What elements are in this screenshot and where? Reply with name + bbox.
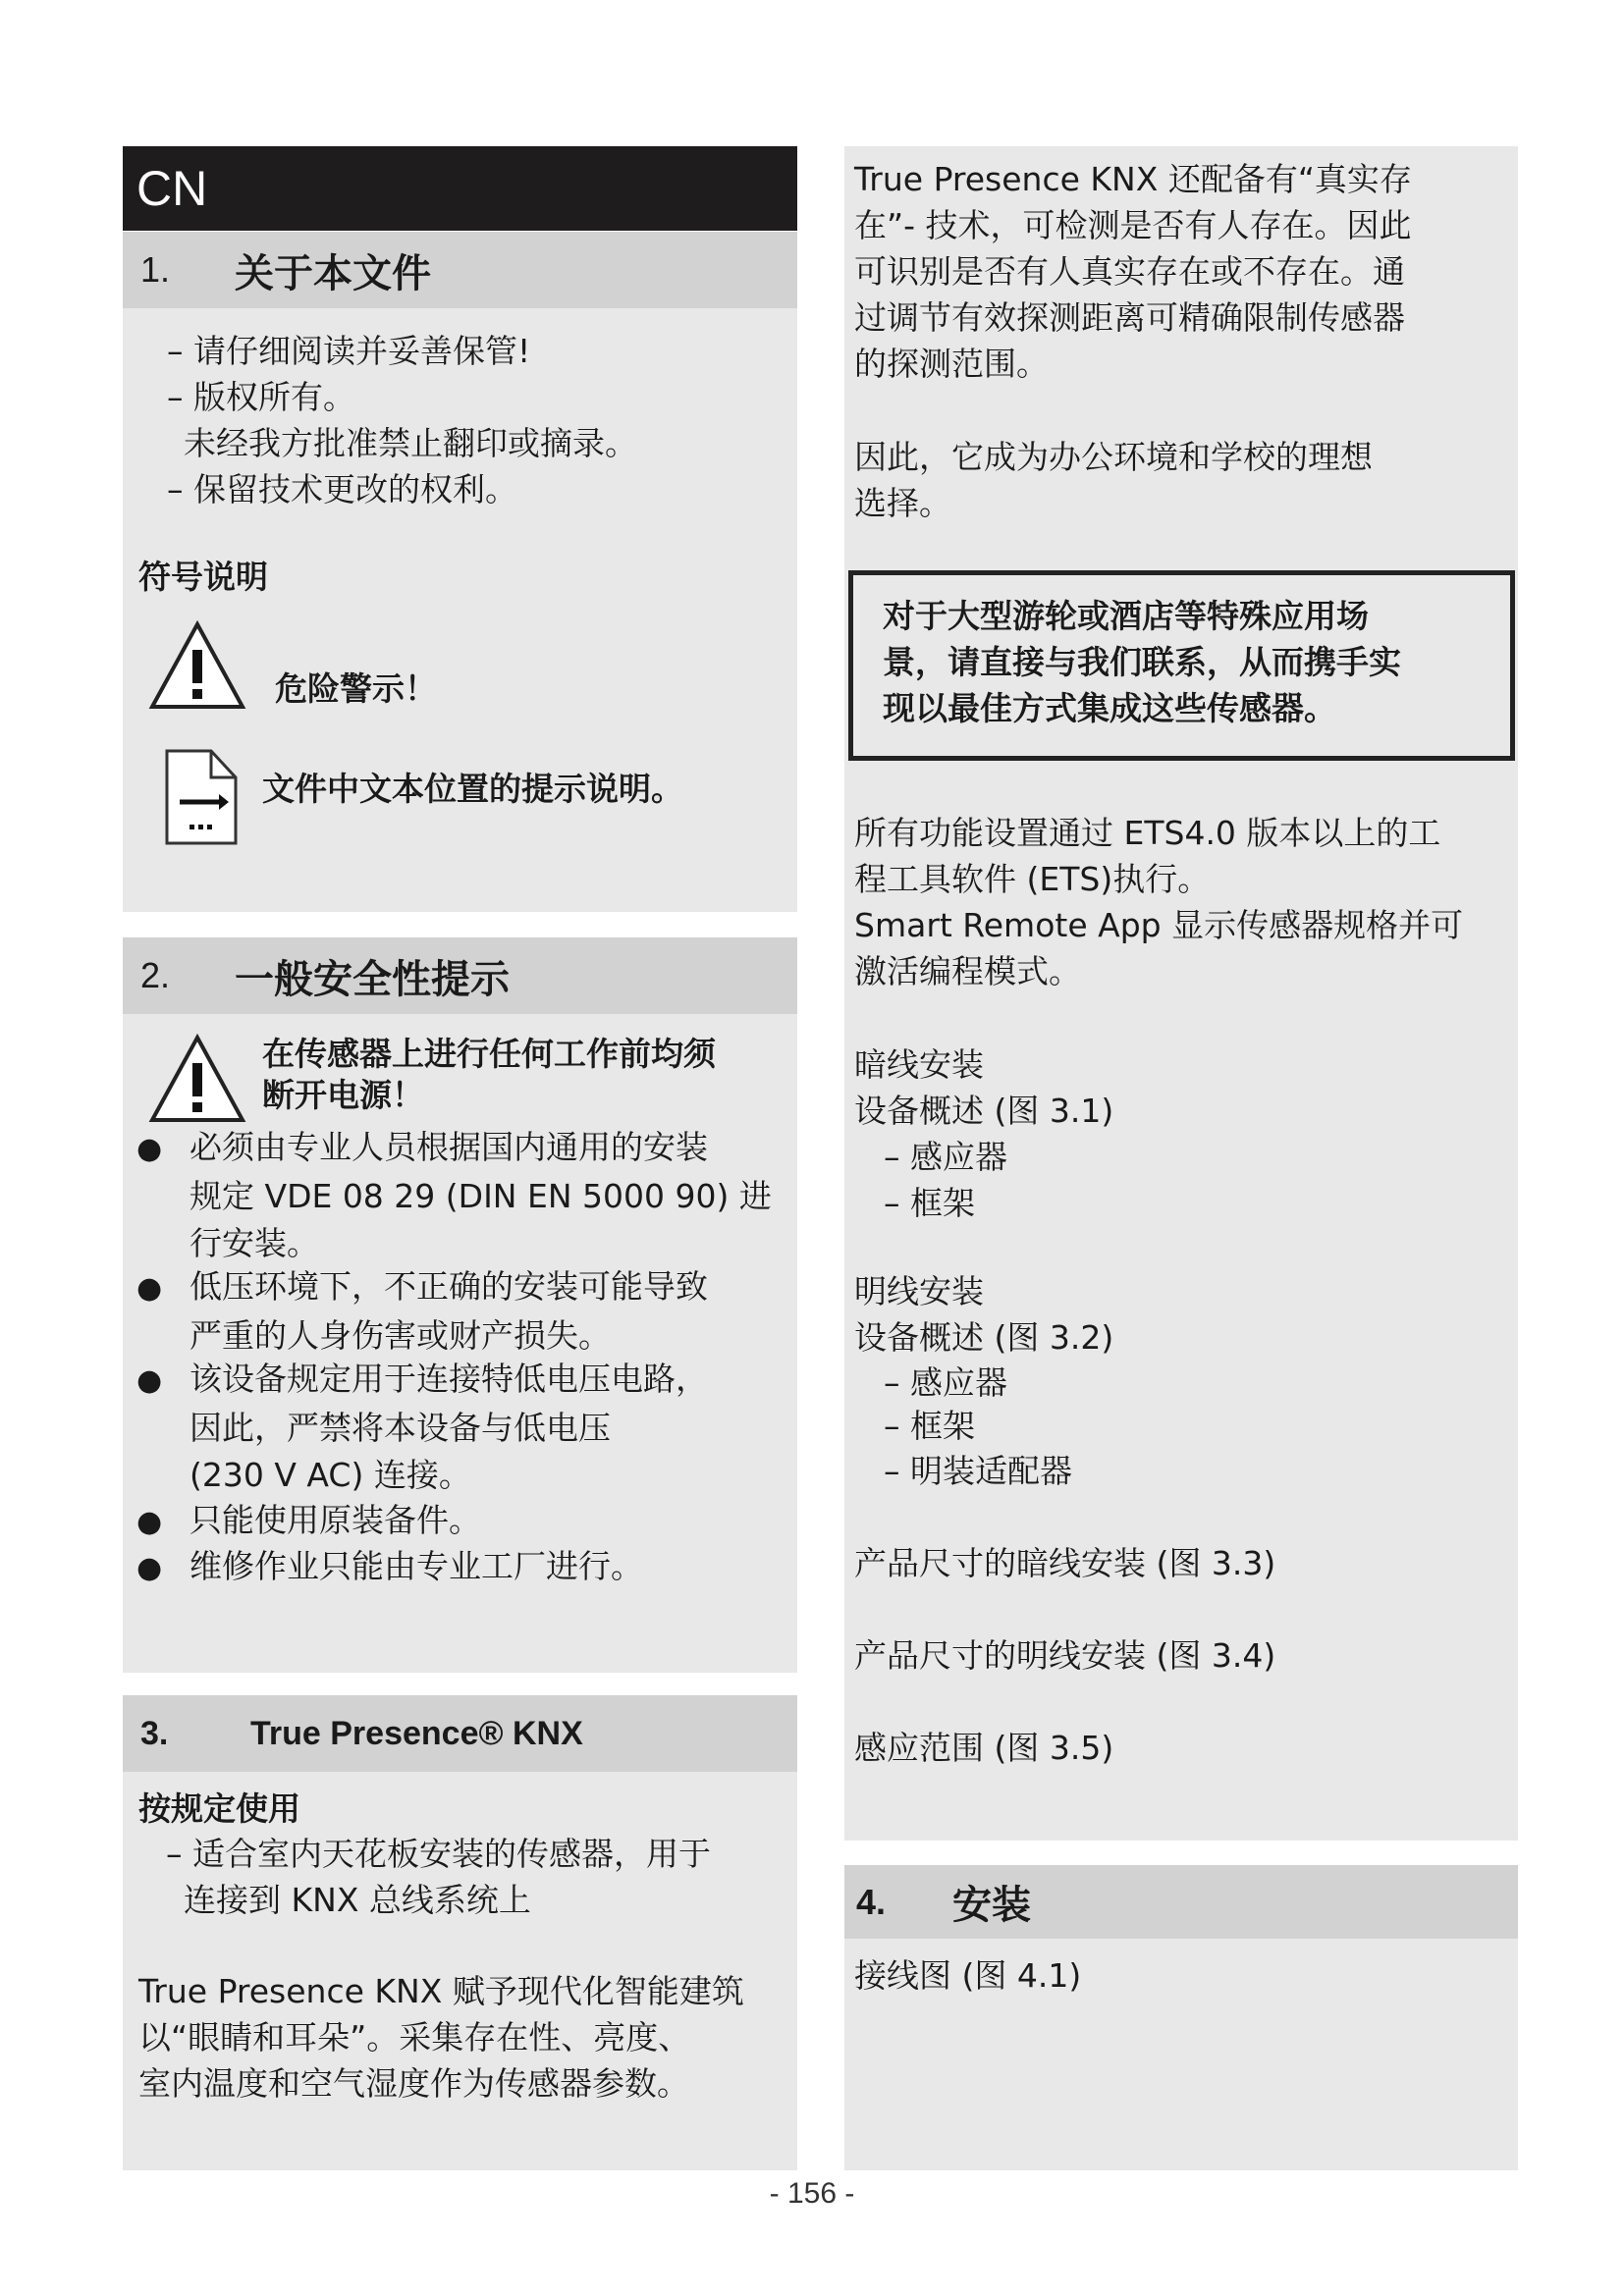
power-warning: 在传感器上进行任何工作前均须 断开电源！ — [262, 1034, 716, 1116]
right-column-body: True Presence KNX 还配备有“真实存 在”- 技术，可检测是否有… — [844, 146, 1518, 1841]
notice-box: 对于大型游轮或酒店等特殊应用场 景，请直接与我们联系，从而携手实 现以最佳方式集… — [848, 570, 1515, 761]
list-item: – 明装适配器 — [884, 1448, 1072, 1494]
bullet-text: 严重的人身伤害或财产损失。 — [189, 1312, 611, 1359]
figure-reference: 感应范围 (图 3.5) — [854, 1725, 1113, 1771]
paragraph-line: Smart Remote App 显示传感器规格并可 — [854, 902, 1463, 948]
paragraph-line: 激活编程模式。 — [854, 948, 1081, 994]
warning-triangle-icon — [148, 620, 246, 711]
flush-mount-title: 暗线安装 — [854, 1041, 984, 1088]
warning-line: 断开电源！ — [262, 1075, 716, 1116]
section-2-header: 2. 一般安全性提示 — [123, 937, 797, 1014]
paragraph-line: True Presence KNX 还配备有“真实存 — [854, 156, 1412, 202]
section-title: 安装 — [952, 1874, 1031, 1930]
list-item: – 版权所有。 — [167, 374, 355, 420]
bullet-icon: ● — [136, 1551, 162, 1585]
section-2-body: 在传感器上进行任何工作前均须 断开电源！ ● 必须由专业人员根据国内通用的安装 … — [123, 1014, 797, 1673]
section-4-header: 4. 安装 — [844, 1865, 1518, 1939]
notice-line: 对于大型游轮或酒店等特殊应用场 — [883, 593, 1369, 639]
document-reference-icon — [164, 748, 239, 846]
section-1-header: 1. 关于本文件 — [123, 232, 797, 308]
section-1-body: – 请仔细阅读并妥善保管! – 版权所有。 未经我方批准禁止翻印或摘录。 – 保… — [123, 308, 797, 912]
bullet-text: 只能使用原装备件。 — [189, 1497, 481, 1543]
bullet-text: 因此，严禁将本设备与低电压 — [189, 1405, 611, 1451]
bullet-text: 行安装。 — [189, 1220, 319, 1266]
section-number: 2. — [140, 955, 235, 996]
list-item: 连接到 KNX 总线系统上 — [184, 1877, 531, 1923]
section-4-body: 接线图 (图 4.1) — [844, 1939, 1518, 2170]
bullet-icon: ● — [136, 1363, 162, 1398]
symbol-danger-label: 危险警示！ — [275, 666, 437, 712]
bullet-text: 低压环境下，不正确的安装可能导致 — [189, 1263, 708, 1309]
list-item: – 感应器 — [884, 1134, 1007, 1180]
notice-line: 现以最佳方式集成这些传感器。 — [883, 685, 1336, 731]
figure-reference: 接线图 (图 4.1) — [854, 1952, 1081, 1999]
symbol-reference-label: 文件中文本位置的提示说明。 — [262, 766, 683, 812]
section-number: 1. — [140, 249, 235, 291]
list-item: – 适合室内天花板安装的传感器，用于 — [166, 1831, 711, 1877]
list-item: – 感应器 — [884, 1360, 1007, 1406]
bullet-text: 规定 VDE 08 29 (DIN EN 5000 90) 进 — [189, 1173, 772, 1219]
bullet-text: (230 V AC) 连接。 — [189, 1452, 471, 1498]
section-number: 3. — [140, 1715, 250, 1753]
list-item: – 框架 — [884, 1180, 975, 1226]
section-3-header: 3. True Presence® KNX — [123, 1695, 797, 1772]
bullet-icon: ● — [136, 1505, 162, 1539]
section-title: 关于本文件 — [235, 242, 431, 298]
bullet-icon: ● — [136, 1271, 162, 1306]
bullet-text: 维修作业只能由专业工厂进行。 — [189, 1543, 643, 1589]
paragraph-line: 过调节有效探测距离可精确限制传感器 — [854, 294, 1405, 341]
warning-line: 在传感器上进行任何工作前均须 — [262, 1034, 716, 1075]
figure-reference: 设备概述 (图 3.2) — [854, 1314, 1113, 1361]
bullet-icon: ● — [136, 1132, 162, 1166]
paragraph-line: 选择。 — [854, 480, 951, 526]
paragraph-line: 室内温度和空气湿度作为传感器参数。 — [138, 2060, 689, 2107]
page-number: - 156 - — [0, 2177, 1624, 2211]
section-3-body: 按规定使用 – 适合室内天花板安装的传感器，用于 连接到 KNX 总线系统上 T… — [123, 1772, 797, 2170]
surface-mount-title: 明线安装 — [854, 1268, 984, 1314]
warning-triangle-icon — [148, 1034, 246, 1124]
paragraph-line: 的探测范围。 — [854, 341, 1049, 387]
paragraph-line: True Presence KNX 赋予现代化智能建筑 — [138, 1968, 744, 2014]
figure-reference: 产品尺寸的明线安装 (图 3.4) — [854, 1632, 1275, 1679]
paragraph-line: 以“眼睛和耳朵”。采集存在性、亮度、 — [138, 2014, 690, 2060]
list-item: – 请仔细阅读并妥善保管! — [167, 328, 530, 374]
list-item: – 保留技术更改的权利。 — [167, 466, 517, 512]
list-item: – 框架 — [884, 1403, 975, 1449]
paragraph-line: 程工具软件 (ETS)执行。 — [854, 856, 1210, 902]
symbols-heading: 符号说明 — [138, 554, 268, 600]
notice-line: 景，请直接与我们联系，从而携手实 — [883, 639, 1401, 685]
paragraph-line: 在”- 技术，可检测是否有人存在。因此 — [854, 202, 1412, 248]
paragraph-line: 因此，它成为办公环境和学校的理想 — [854, 434, 1373, 480]
language-tag: CN — [123, 146, 797, 231]
figure-reference: 产品尺寸的暗线安装 (图 3.3) — [854, 1540, 1275, 1586]
section-title: 一般安全性提示 — [235, 948, 510, 1004]
paragraph-line: 所有功能设置通过 ETS4.0 版本以上的工 — [854, 810, 1440, 856]
intended-use-heading: 按规定使用 — [138, 1786, 300, 1832]
paragraph-line: 可识别是否有人真实存在或不存在。通 — [854, 248, 1405, 294]
figure-reference: 设备概述 (图 3.1) — [854, 1088, 1113, 1134]
section-title: True Presence® KNX — [250, 1715, 583, 1753]
section-number: 4. — [856, 1882, 952, 1923]
bullet-text: 该设备规定用于连接特低电压电路， — [189, 1356, 708, 1402]
bullet-text: 必须由专业人员根据国内通用的安装 — [189, 1124, 708, 1170]
list-item: 未经我方批准禁止翻印或摘录。 — [184, 420, 637, 466]
